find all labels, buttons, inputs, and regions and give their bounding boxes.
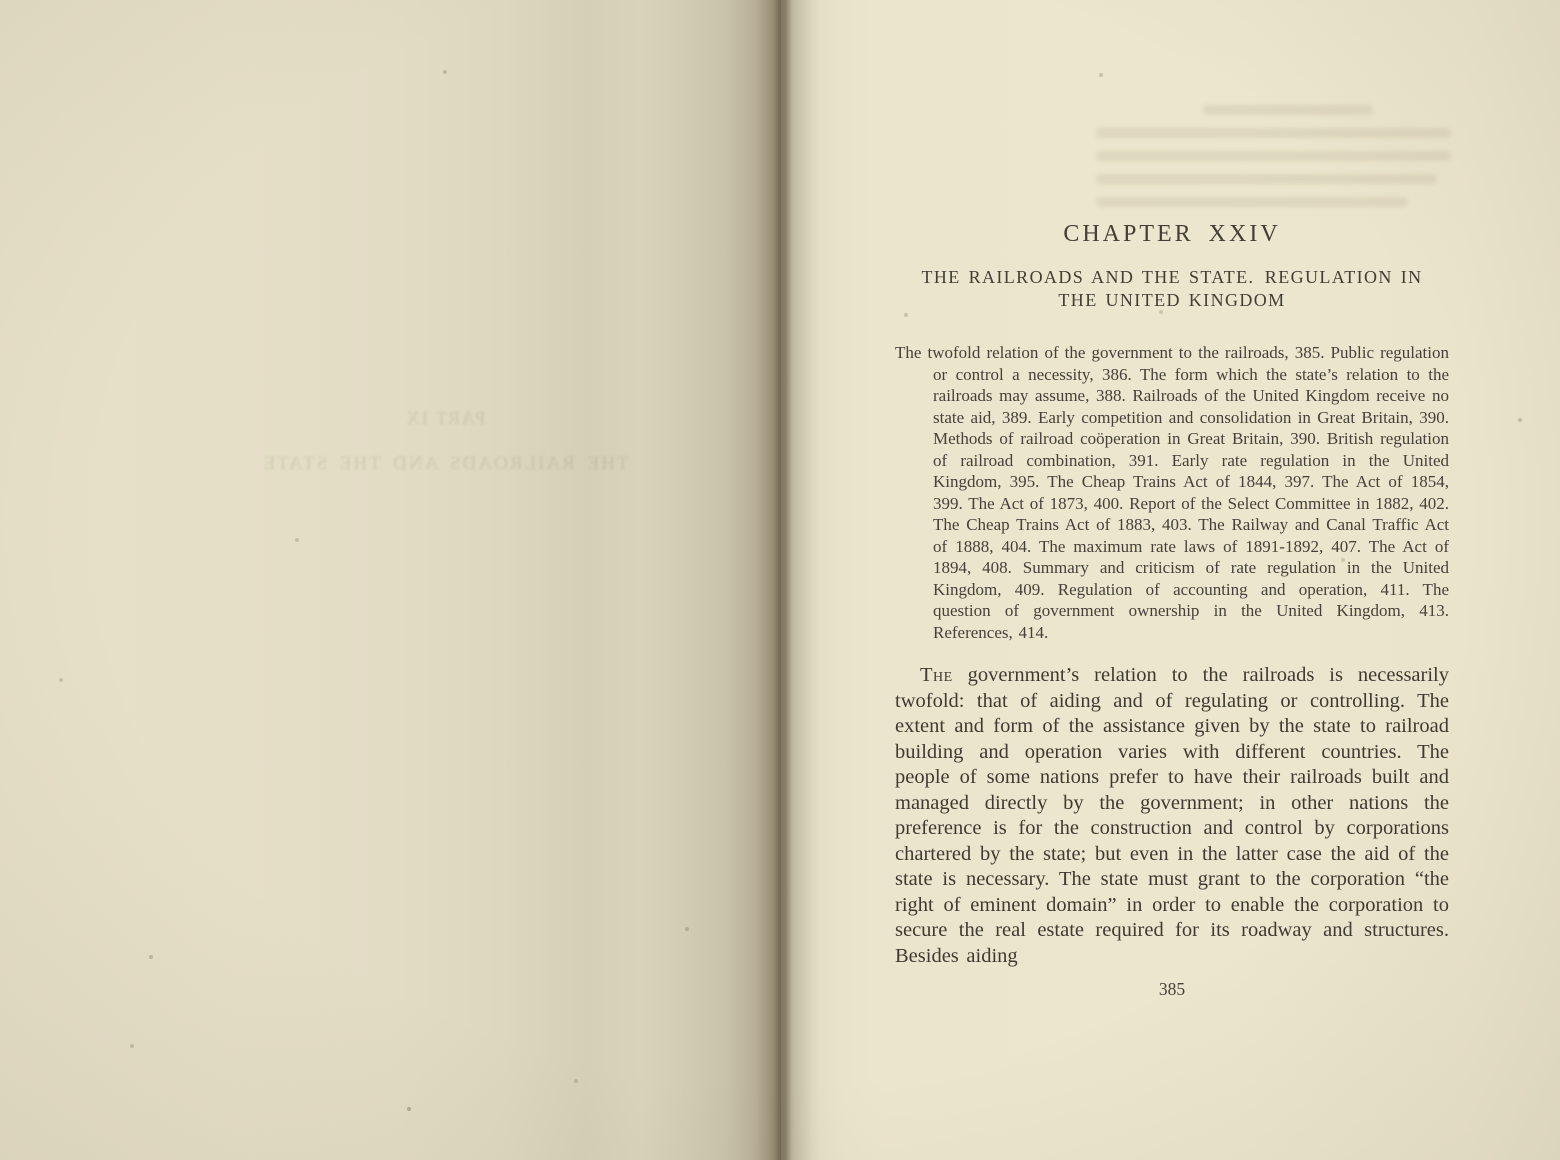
- paper-specks: [0, 0, 2, 2]
- page-number: 385: [895, 979, 1449, 1000]
- chapter-synopsis: The twofold relation of the government t…: [895, 342, 1449, 643]
- text-column: CHAPTER XXIV THE RAILROADS AND THE STATE…: [895, 0, 1449, 1000]
- body-paragraph: The government’s relation to the railroa…: [895, 663, 1449, 969]
- body-text: government’s relation to the railroads i…: [895, 664, 1449, 967]
- chapter-heading: CHAPTER XXIV: [895, 220, 1449, 248]
- book-spread: PART IX THE RAILROADS AND THE STATE CHAP…: [0, 0, 1560, 1160]
- showthrough-part-title: THE RAILROADS AND THE STATE: [210, 453, 680, 475]
- right-page: CHAPTER XXIV THE RAILROADS AND THE STATE…: [781, 0, 1560, 1160]
- body-lead-word: The: [920, 664, 953, 686]
- left-page: PART IX THE RAILROADS AND THE STATE: [0, 0, 781, 1160]
- left-page-showthrough: PART IX THE RAILROADS AND THE STATE: [210, 408, 680, 475]
- chapter-title-line2: THE UNITED KINGDOM: [895, 289, 1449, 312]
- showthrough-part-label: PART IX: [210, 408, 680, 429]
- chapter-title-line1: THE RAILROADS AND THE STATE. REGULATION …: [895, 266, 1449, 289]
- chapter-title: THE RAILROADS AND THE STATE. REGULATION …: [895, 266, 1449, 312]
